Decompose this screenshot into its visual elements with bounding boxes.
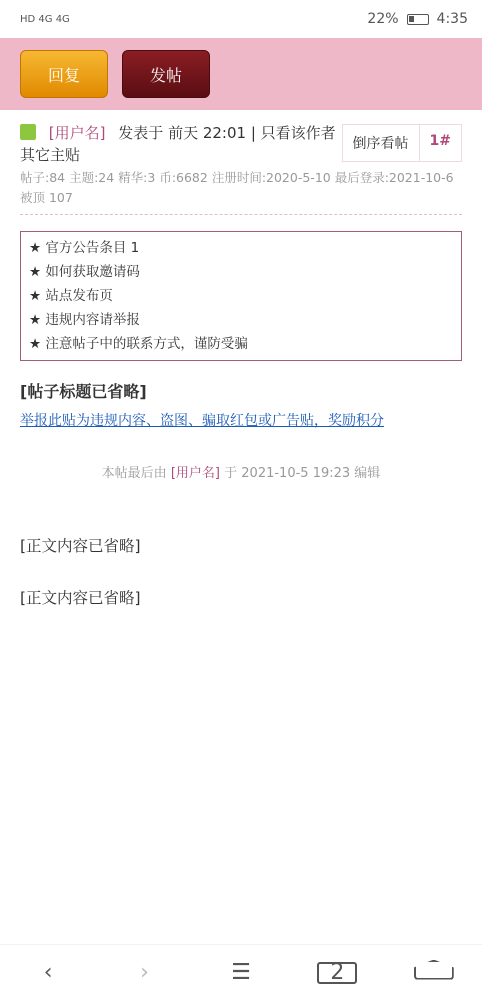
notice-box: ★ 官方公告条目 1 ★ 如何获取邀请码 ★ 站点发布页 ★ 违规内容请举报 ★… [20, 231, 462, 361]
home-icon[interactable] [414, 960, 454, 980]
battery-icon [407, 14, 429, 25]
edit-suffix: 编辑 [354, 466, 380, 481]
paragraph: [正文内容已省略] [20, 583, 462, 613]
floor-number: 1# [419, 125, 461, 161]
forward-icon[interactable]: › [125, 960, 165, 985]
editor-link[interactable]: [用户名] [171, 466, 220, 481]
report-link[interactable]: 举报此贴为违规内容、盗图、骗取红包或广告贴，奖励积分 [0, 410, 482, 432]
status-bar: HD 4G 4G 22% 4:35 [0, 0, 482, 38]
notice-item[interactable]: ★ 违规内容请举报 [29, 308, 453, 332]
edit-time: 2021-10-5 19:23 [241, 466, 350, 481]
user-stats: 帖子:84 主题:24 精华:3 币:6682 注册时间:2020-5-10 最… [20, 168, 462, 215]
post-body: [正文内容已省略] [正文内容已省略] [0, 531, 482, 613]
author-link[interactable]: [用户名] [49, 124, 106, 142]
posted-time: 前天 22:01 [168, 124, 246, 142]
notice-item[interactable]: ★ 站点发布页 [29, 284, 453, 308]
paragraph: [正文内容已省略] [20, 531, 462, 561]
tabs-icon[interactable]: 2 [317, 962, 357, 984]
clock: 4:35 [437, 11, 468, 27]
posted-prefix: 发表于 [118, 124, 163, 142]
notice-item[interactable]: ★ 官方公告条目 1 [29, 236, 453, 260]
edit-prefix: 本帖最后由 [102, 466, 167, 481]
forum-header: 回复 发帖 [0, 38, 482, 110]
new-post-button[interactable]: 发帖 [122, 50, 210, 98]
browser-navbar: ‹ › ☰ 2 [0, 944, 482, 1000]
reverse-order-button[interactable]: 倒序看帖 [343, 125, 419, 161]
order-controls: 倒序看帖 1# [342, 124, 462, 162]
reply-button[interactable]: 回复 [20, 50, 108, 98]
post-meta: [用户名] 发表于 前天 22:01 | 只看该作者 其它主贴 倒序看帖 1# … [0, 110, 482, 221]
status-icons: HD 4G 4G [20, 14, 70, 25]
back-icon[interactable]: ‹ [28, 960, 68, 985]
menu-icon[interactable]: ☰ [221, 960, 261, 985]
notice-item[interactable]: ★ 如何获取邀请码 [29, 260, 453, 284]
notice-item[interactable]: ★ 注意帖子中的联系方式，谨防受骗 [29, 332, 453, 356]
battery-percent: 22% [367, 11, 398, 27]
thread-title: [帖子标题已省略] [0, 371, 482, 410]
avatar-icon[interactable] [20, 124, 36, 140]
edit-mid: 于 [224, 466, 237, 481]
edit-notice: 本帖最后由 [用户名] 于 2021-10-5 19:23 编辑 [0, 462, 482, 481]
